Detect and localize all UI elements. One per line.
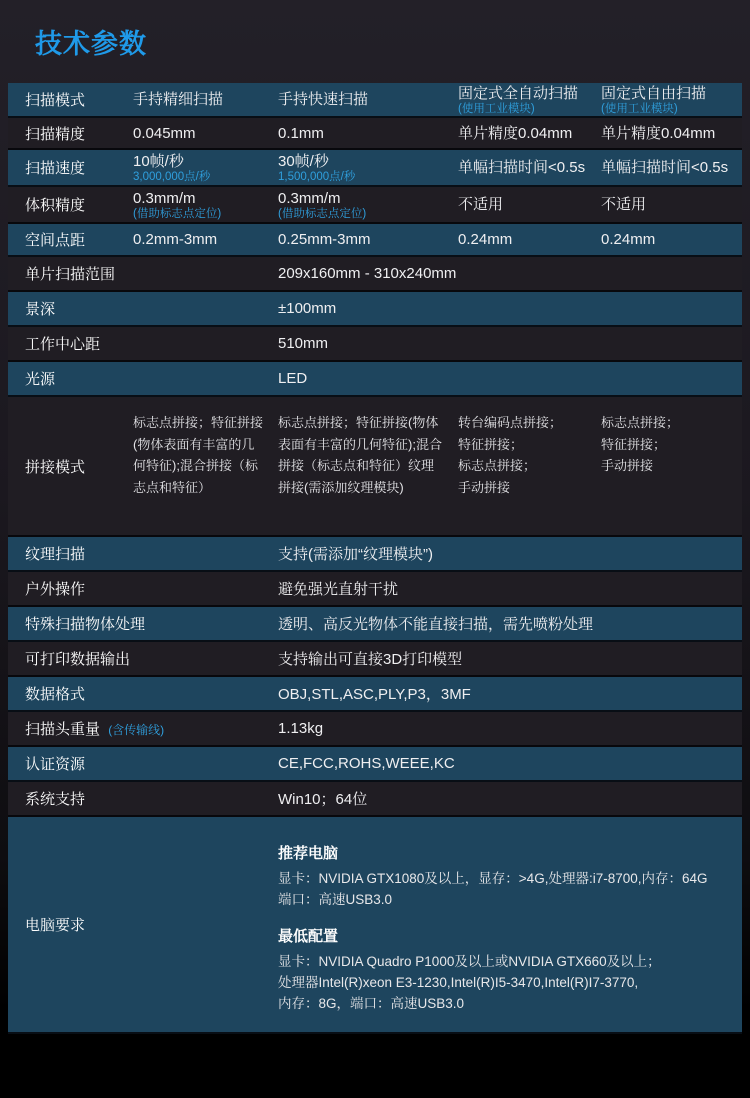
row-label: 特殊扫描物体处理 <box>25 613 278 634</box>
cell-text: 0.3mm/m <box>278 189 448 208</box>
cell-note: 3,000,000点/秒 <box>133 171 268 184</box>
spec-line: 端口：高速USB3.0 <box>278 889 732 910</box>
table-cell: 手持精细扫描 <box>133 90 278 109</box>
table-row-os-support: 系统支持 Win10；64位 <box>8 782 742 817</box>
cell-text: 单幅扫描时间<0.5s <box>458 158 591 177</box>
cell-text: 手持快速扫描 <box>278 90 448 109</box>
table-cell: 0.3mm/m (借助标志点定位) <box>133 189 278 221</box>
row-label: 工作中心距 <box>25 333 278 354</box>
cell-text: 单片精度0.04mm <box>458 124 591 143</box>
cell-note: (使用工业模块) <box>458 103 591 116</box>
cell-text: 0.045mm <box>133 124 268 143</box>
spec-line: 处理器Intel(R)xeon E3-1230,Intel(R)I5-3470,… <box>278 972 732 993</box>
table-cell: 标志点拼接；特征拼接(物体表面有丰富的几何特征);混合拼接（标志点和特征） <box>133 397 278 513</box>
table-cell: 0.045mm <box>133 124 278 143</box>
row-value: 510mm <box>278 335 742 352</box>
table-cell: 0.2mm-3mm <box>133 230 278 249</box>
cell-text: 手持精细扫描 <box>133 90 268 109</box>
row-label: 扫描模式 <box>25 89 133 110</box>
table-cell: 10帧/秒 3,000,000点/秒 <box>133 152 278 184</box>
row-label: 扫描头重量 (含传输线) <box>25 718 278 739</box>
table-row-alignment-modes: 拼接模式 标志点拼接；特征拼接(物体表面有丰富的几何特征);混合拼接（标志点和特… <box>8 397 742 537</box>
table-cell: 手持快速扫描 <box>278 90 458 109</box>
table-cell: 单片精度0.04mm <box>458 124 601 143</box>
cell-text: 30帧/秒 <box>278 152 448 171</box>
table-cell: 0.1mm <box>278 124 458 143</box>
cell-text: 10帧/秒 <box>133 152 268 171</box>
table-cell: 不适用 <box>458 195 601 214</box>
row-label: 单片扫描范围 <box>25 263 278 284</box>
spec-line: 显卡：NVIDIA Quadro P1000及以上或NVIDIA GTX660及… <box>278 951 732 972</box>
row-value: ±100mm <box>278 300 742 317</box>
table-cell: 30帧/秒 1,500,000点/秒 <box>278 152 458 184</box>
table-cell: 0.24mm <box>458 230 601 249</box>
table-cell: 0.24mm <box>601 230 742 249</box>
table-row-scan-mode: 扫描模式 手持精细扫描 手持快速扫描 固定式全自动扫描 (使用工业模块) 固定式… <box>8 83 742 118</box>
table-cell: 单幅扫描时间<0.5s <box>601 158 742 177</box>
table-cell: 固定式全自动扫描 (使用工业模块) <box>458 84 601 116</box>
table-cell: 标志点拼接； 特征拼接； 手动拼接 <box>601 397 742 492</box>
spec-table: 扫描模式 手持精细扫描 手持快速扫描 固定式全自动扫描 (使用工业模块) 固定式… <box>8 83 742 1034</box>
cell-note: (借助标志点定位) <box>133 208 268 221</box>
row-value: 支持输出可直接3D打印模型 <box>278 648 742 669</box>
table-row-outdoor-operation: 户外操作 避免强光直射干扰 <box>8 572 742 607</box>
page-title: 技术参数 <box>35 29 147 59</box>
row-label: 景深 <box>25 298 278 319</box>
row-value: 1.13kg <box>278 720 742 737</box>
row-label: 扫描速度 <box>25 157 133 178</box>
table-row-certifications: 认证资源 CE,FCC,ROHS,WEEE,KC <box>8 747 742 782</box>
cell-text: 标志点拼接；特征拼接(物体表面有丰富的几何特征);混合拼接（标志点和特征） <box>133 412 264 498</box>
table-cell: 固定式自由扫描 (使用工业模块) <box>601 84 742 116</box>
cell-note: (使用工业模块) <box>601 103 732 116</box>
table-cell: 转台编码点拼接； 特征拼接； 标志点拼接； 手动拼接 <box>458 397 601 513</box>
spec-line: 显卡：NVIDIA GTX1080及以上，显存：>4G,处理器:i7-8700,… <box>278 868 732 889</box>
row-value: 避免强光直射干扰 <box>278 578 742 599</box>
recommended-pc-block: 推荐电脑 显卡：NVIDIA GTX1080及以上，显存：>4G,处理器:i7-… <box>278 842 732 910</box>
row-label: 户外操作 <box>25 578 278 599</box>
row-label: 体积精度 <box>25 194 133 215</box>
cell-text: 不适用 <box>458 195 591 214</box>
cell-note: 1,500,000点/秒 <box>278 171 448 184</box>
cell-text: 0.24mm <box>601 230 732 249</box>
page-header: 技术参数 <box>0 0 750 83</box>
cell-text: 固定式全自动扫描 <box>458 84 591 103</box>
table-cell: 单片精度0.04mm <box>601 124 742 143</box>
table-row-special-objects: 特殊扫描物体处理 透明、高反光物体不能直接扫描，需先喷粉处理 <box>8 607 742 642</box>
table-row-point-distance: 空间点距 0.2mm-3mm 0.25mm-3mm 0.24mm 0.24mm <box>8 224 742 257</box>
minimum-pc-block: 最低配置 显卡：NVIDIA Quadro P1000及以上或NVIDIA GT… <box>278 925 732 1014</box>
cell-text: 0.2mm-3mm <box>133 230 268 249</box>
table-row-depth-of-field: 景深 ±100mm <box>8 292 742 327</box>
row-value: 支持(需添加“纹理模块”) <box>278 543 742 564</box>
row-label: 认证资源 <box>25 753 278 774</box>
cell-text: 标志点拼接； 特征拼接； 手动拼接 <box>601 412 728 477</box>
row-label: 光源 <box>25 368 278 389</box>
table-cell: 0.3mm/m (借助标志点定位) <box>278 189 458 221</box>
row-value: Win10；64位 <box>278 788 742 809</box>
cell-text: 标志点拼接；特征拼接(物体表面有丰富的几何特征);混合拼接（标志点和特征）纹理拼… <box>278 412 444 498</box>
table-row-scanner-weight: 扫描头重量 (含传输线) 1.13kg <box>8 712 742 747</box>
row-label: 空间点距 <box>25 229 133 250</box>
cell-text: 固定式自由扫描 <box>601 84 732 103</box>
table-cell: 不适用 <box>601 195 742 214</box>
row-label: 拼接模式 <box>25 456 133 477</box>
cell-text: 0.1mm <box>278 124 448 143</box>
cell-text: 不适用 <box>601 195 732 214</box>
row-label-note: (含传输线) <box>108 723 164 737</box>
table-row-computer-requirements: 电脑要求 推荐电脑 显卡：NVIDIA GTX1080及以上，显存：>4G,处理… <box>8 817 742 1034</box>
computer-requirements-body: 推荐电脑 显卡：NVIDIA GTX1080及以上，显存：>4G,处理器:i7-… <box>278 817 742 1032</box>
row-value: CE,FCC,ROHS,WEEE,KC <box>278 755 742 772</box>
row-value: 209x160mm - 310x240mm <box>278 265 742 282</box>
row-label: 纹理扫描 <box>25 543 278 564</box>
table-row-working-distance: 工作中心距 510mm <box>8 327 742 362</box>
cell-note: (借助标志点定位) <box>278 208 448 221</box>
cell-text: 转台编码点拼接； 特征拼接； 标志点拼接； 手动拼接 <box>458 412 587 498</box>
row-value: LED <box>278 370 742 387</box>
table-row-scan-speed: 扫描速度 10帧/秒 3,000,000点/秒 30帧/秒 1,500,000点… <box>8 150 742 187</box>
cell-text: 0.25mm-3mm <box>278 230 448 249</box>
spec-line: 内存：8G，端口：高速USB3.0 <box>278 993 732 1014</box>
row-value: OBJ,STL,ASC,PLY,P3，3MF <box>278 683 742 704</box>
table-row-single-scan-range: 单片扫描范围 209x160mm - 310x240mm <box>8 257 742 292</box>
row-value: 透明、高反光物体不能直接扫描，需先喷粉处理 <box>278 613 742 634</box>
table-cell: 标志点拼接；特征拼接(物体表面有丰富的几何特征);混合拼接（标志点和特征）纹理拼… <box>278 397 458 513</box>
cell-text: 0.24mm <box>458 230 591 249</box>
recommended-pc-heading: 推荐电脑 <box>278 842 732 863</box>
table-cell: 0.25mm-3mm <box>278 230 458 249</box>
cell-text: 0.3mm/m <box>133 189 268 208</box>
row-label: 电脑要求 <box>25 914 278 935</box>
cell-text: 单幅扫描时间<0.5s <box>601 158 732 177</box>
row-label-text: 扫描头重量 <box>25 721 100 738</box>
table-row-data-formats: 数据格式 OBJ,STL,ASC,PLY,P3，3MF <box>8 677 742 712</box>
table-row-texture-scan: 纹理扫描 支持(需添加“纹理模块”) <box>8 537 742 572</box>
table-row-scan-accuracy: 扫描精度 0.045mm 0.1mm 单片精度0.04mm 单片精度0.04mm <box>8 118 742 150</box>
table-row-volumetric-accuracy: 体积精度 0.3mm/m (借助标志点定位) 0.3mm/m (借助标志点定位)… <box>8 187 742 224</box>
table-row-printable-output: 可打印数据输出 支持输出可直接3D打印模型 <box>8 642 742 677</box>
cell-text: 单片精度0.04mm <box>601 124 732 143</box>
row-label: 系统支持 <box>25 788 278 809</box>
table-cell: 单幅扫描时间<0.5s <box>458 158 601 177</box>
row-label: 可打印数据输出 <box>25 648 278 669</box>
minimum-pc-heading: 最低配置 <box>278 925 732 946</box>
row-label: 扫描精度 <box>25 123 133 144</box>
table-row-light-source: 光源 LED <box>8 362 742 397</box>
row-label: 数据格式 <box>25 683 278 704</box>
